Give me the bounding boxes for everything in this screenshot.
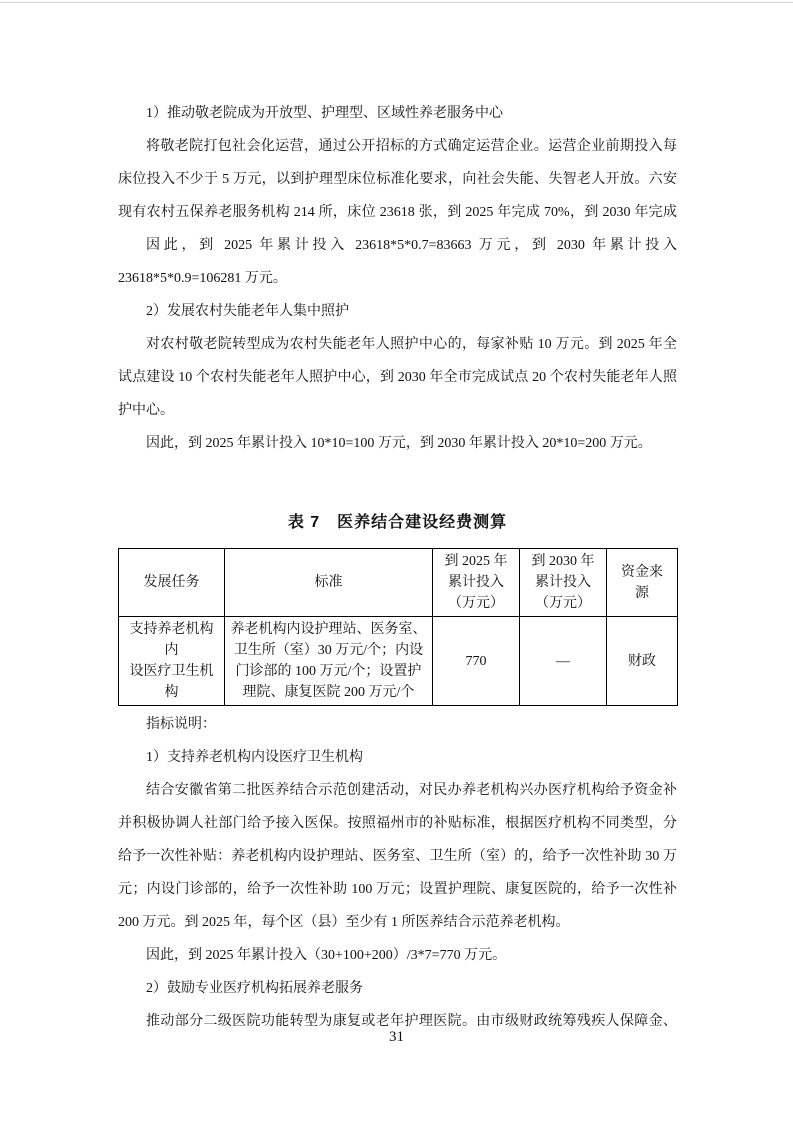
paragraph-line: 23618*5*0.9=106281 万元。 [118,262,677,295]
paragraph-line: 200 万元。到 2025 年，每个区（县）至少有 1 所医养结合示范养老机构。 [118,906,677,939]
cell-2025-value: 770 [433,617,520,706]
funding-estimate-table: 发展任务 标准 到 2025 年 累计投入 （万元） 到 2030 年 累计投入… [118,548,678,706]
table-row: 支持养老机构内 设医疗卫生机构 养老机构内设护理站、医务室、卫生所（室）30 万… [119,617,678,706]
cell-standard: 养老机构内设护理站、医务室、卫生所（室）30 万元/个；内设门诊部的 100 万… [225,617,433,706]
paragraph-line: 对农村敬老院转型成为农村失能老年人照护中心的，每家补贴 10 万元。到 2025… [118,328,677,361]
paragraph-line: 元；内设门诊部的，给予一次性补助 100 万元；设置护理院、康复医院的，给予一次… [118,873,677,906]
th-funding-source: 资金来 源 [607,549,678,617]
paragraph-line: 结合安徽省第二批医养结合示范创建活动，对民办养老机构兴办医疗机构给予资金补贴， [118,774,677,807]
paragraph-line: 因此，到 2025 年累计投入（30+100+200）/3*7=770 万元。 [118,939,677,972]
paragraph-line: 2）鼓励专业医疗机构拓展养老服务 [118,972,677,1005]
paragraph-line: 指标说明： [118,708,677,741]
paragraph-line: 并积极协调人社部门给予接入医保。按照福州市的补贴标准，根据医疗机构不同类型，分别 [118,807,677,840]
th-standard: 标准 [225,549,433,617]
post-table-text-block: 指标说明： 1）支持养老机构内设医疗卫生机构 结合安徽省第二批医养结合示范创建活… [118,708,677,1038]
page-number: 31 [0,1027,793,1047]
paragraph-line: 1）支持养老机构内设医疗卫生机构 [118,741,677,774]
cell-development-task: 支持养老机构内 设医疗卫生机构 [119,617,225,706]
table-title: 表 7 医养结合建设经费测算 [118,506,677,539]
table-header-row: 发展任务 标准 到 2025 年 累计投入 （万元） 到 2030 年 累计投入… [119,549,678,617]
th-development-task: 发展任务 [119,549,225,617]
th-2030-investment: 到 2030 年 累计投入 （万元） [520,549,607,617]
th-2025-investment: 到 2025 年 累计投入 （万元） [433,549,520,617]
paragraph-line: 因此，到 2025 年累计投入 10*10=100 万元，到 2030 年累计投… [118,427,677,460]
paragraph-line: 护中心。 [118,394,677,427]
document-page: 1）推动敬老院成为开放型、护理型、区域性养老服务中心 将敬老院打包社会化运营，通… [0,0,793,1122]
cell-2030-value: — [520,617,607,706]
paragraph-line: 2）发展农村失能老年人集中照护 [118,295,677,328]
cell-funding-source: 财政 [607,617,678,706]
page-content: 1）推动敬老院成为开放型、护理型、区域性养老服务中心 将敬老院打包社会化运营，通… [118,0,677,1038]
paragraph-line: 现有农村五保养老服务机构 214 所，床位 23618 张，到 2025 年完成… [118,196,677,229]
paragraph-line: 试点建设 10 个农村失能老年人照护中心，到 2030 年全市完成试点 20 个… [118,361,677,394]
paragraph-line: 给予一次性补贴：养老机构内设护理站、医务室、卫生所（室）的，给予一次性补助 30… [118,840,677,873]
paragraph-line: 将敬老院打包社会化运营，通过公开招标的方式确定运营企业。运营企业前期投入每张 [118,130,677,163]
pre-table-text-block: 1）推动敬老院成为开放型、护理型、区域性养老服务中心 将敬老院打包社会化运营，通… [118,0,677,460]
paragraph-line: 1）推动敬老院成为开放型、护理型、区域性养老服务中心 [118,97,677,130]
paragraph-line: 床位投入不少于 5 万元，以到护理型床位标准化要求，向社会失能、失智老人开放。六… [118,163,677,196]
paragraph-line: 因此，到 2025 年累计投入 23618*5*0.7=83663 万元，到 2… [118,229,677,262]
